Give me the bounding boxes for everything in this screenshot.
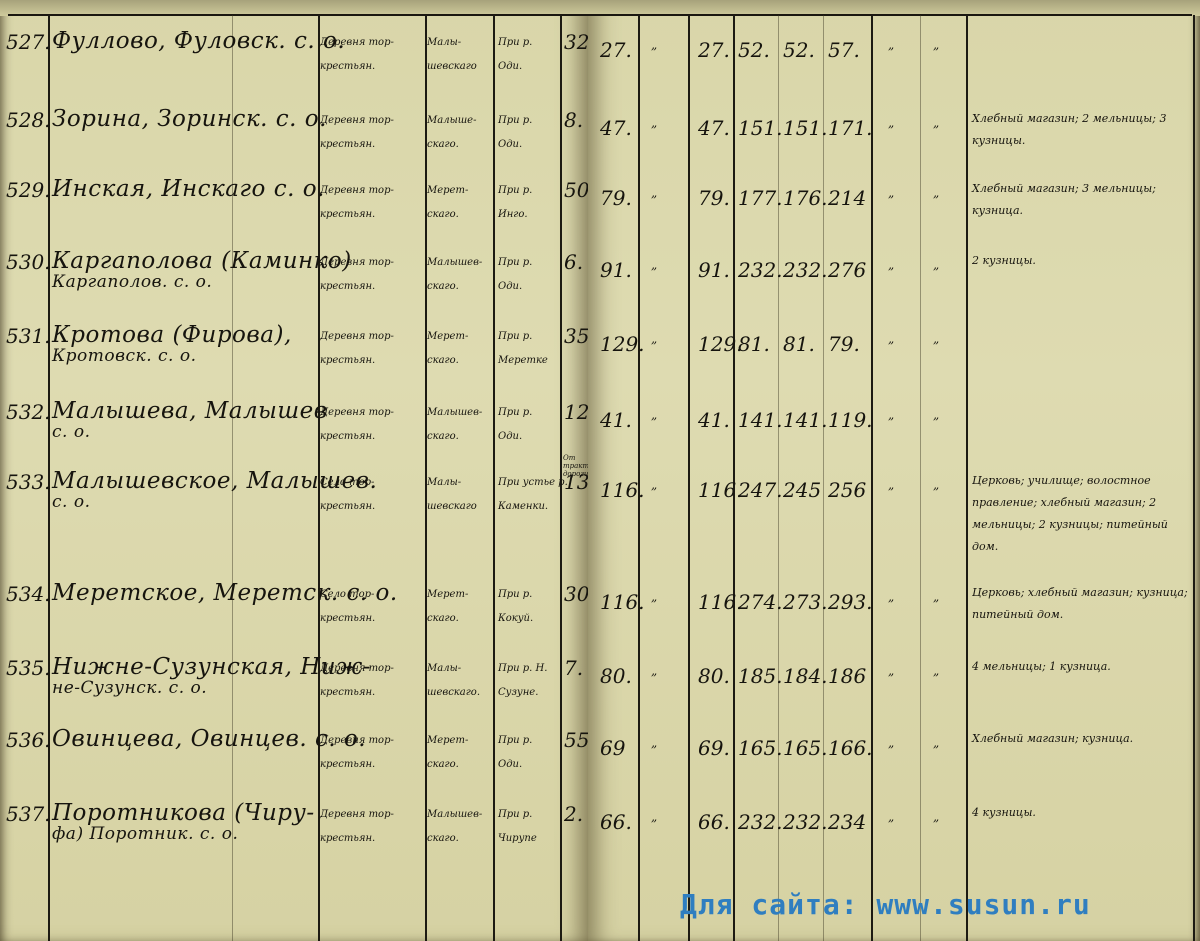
settlement-name: Каргаполова (Каминко) <box>52 248 352 274</box>
parish: Малышев- <box>427 804 482 826</box>
parish: Мерет- <box>427 730 468 752</box>
stat-cell: „ <box>651 38 657 52</box>
stat-cell: 141. <box>783 408 828 432</box>
stat-cell: „ <box>933 478 939 492</box>
stat-cell: 116. <box>698 590 743 614</box>
settlement-kind: крестьян. <box>320 276 375 298</box>
location: При устье р. <box>498 472 568 494</box>
parish: Малыше- <box>427 110 476 132</box>
settlement-kind: Село тор- <box>320 584 374 606</box>
location: Оди. <box>498 56 522 78</box>
stat-cell: „ <box>933 186 939 200</box>
settlement-kind: Деревня тор- <box>320 326 394 348</box>
parish: скаго. <box>427 350 459 372</box>
stat-cell: „ <box>888 186 894 200</box>
header-rule <box>588 14 1192 16</box>
stat-cell: „ <box>651 478 657 492</box>
stat-cell: 69 <box>600 736 625 760</box>
distance: 7. <box>564 656 583 680</box>
stat-cell: „ <box>651 810 657 824</box>
location: При р. <box>498 110 532 132</box>
stat-cell: 234 <box>828 810 866 834</box>
parish: скаго. <box>427 828 459 850</box>
parish: скаго. <box>427 204 459 226</box>
stat-cell: 232. <box>783 258 828 282</box>
stat-cell: 274. <box>738 590 783 614</box>
parish: скаго. <box>427 608 459 630</box>
stat-cell: „ <box>651 590 657 604</box>
stat-cell: 52. <box>783 38 815 62</box>
stat-cell: „ <box>888 38 894 52</box>
settlement-name: Малышева, Малышев <box>52 398 328 424</box>
stat-cell: „ <box>933 810 939 824</box>
settlement-kind: крестьян. <box>320 496 375 518</box>
settlement-kind: крестьян. <box>320 350 375 372</box>
row-number: 534. <box>6 582 51 606</box>
stat-cell: 27. <box>600 38 632 62</box>
remarks: Церковь; хлебный магазин; кузница; питей… <box>972 582 1194 626</box>
settlement-kind: Деревня тор- <box>320 32 394 54</box>
stat-cell: „ <box>933 38 939 52</box>
stat-cell: 81. <box>783 332 815 356</box>
stat-cell: „ <box>888 116 894 130</box>
stat-cell: 186 <box>828 664 866 688</box>
location: Каменки. <box>498 496 548 518</box>
settlement-kind: Деревня тор- <box>320 658 394 680</box>
stat-cell: „ <box>651 664 657 678</box>
remarks: Хлебный магазин; кузница. <box>972 728 1194 750</box>
parish: Малы- <box>427 658 461 680</box>
stat-cell: „ <box>888 258 894 272</box>
parish: скаго. <box>427 276 459 298</box>
stat-cell: 116. <box>600 590 645 614</box>
stat-cell: 165. <box>783 736 828 760</box>
stat-cell: 166. <box>828 736 873 760</box>
stat-cell: 129. <box>698 332 743 356</box>
stat-cell: „ <box>651 186 657 200</box>
stat-cell: 165. <box>738 736 783 760</box>
location: При р. <box>498 730 532 752</box>
stat-cell: „ <box>651 736 657 750</box>
settlement-kind: крестьян. <box>320 426 375 448</box>
parish: шевскаго <box>427 56 477 78</box>
stat-cell: „ <box>651 116 657 130</box>
stat-cell: 232. <box>738 258 783 282</box>
row-number: 530. <box>6 250 51 274</box>
settlement-kind: Деревня тор- <box>320 804 394 826</box>
stat-cell: 129. <box>600 332 645 356</box>
settlement-name: с. о. <box>52 422 90 442</box>
stat-cell: 57. <box>828 38 860 62</box>
stat-cell: 52. <box>738 38 770 62</box>
stat-cell: 91. <box>698 258 730 282</box>
distance: 6. <box>564 250 583 274</box>
stat-cell: 66. <box>600 810 632 834</box>
location: Кокуй. <box>498 608 533 630</box>
location: Оди. <box>498 134 522 156</box>
location: При р. <box>498 402 532 424</box>
stat-cell: 214 <box>828 186 866 210</box>
stat-cell: 41. <box>698 408 730 432</box>
settlement-name: Овинцева, Овинцев. с. о. <box>52 726 366 752</box>
stat-cell: „ <box>888 736 894 750</box>
location: Чирупе <box>498 828 537 850</box>
row-number: 531. <box>6 324 51 348</box>
stat-cell: 79. <box>828 332 860 356</box>
row-number: 529. <box>6 178 51 202</box>
settlement-kind: Деревня тор- <box>320 252 394 274</box>
column-rule <box>688 15 690 941</box>
location: При р. <box>498 326 532 348</box>
stat-cell: „ <box>933 332 939 346</box>
remarks: 4 мельницы; 1 кузница. <box>972 656 1194 678</box>
column-rule <box>493 15 495 941</box>
location: При р. <box>498 180 532 202</box>
parish: скаго. <box>427 426 459 448</box>
settlement-kind: крестьян. <box>320 608 375 630</box>
right-page: 27.„27.52.52.57.„„47.„47.151.151.171.„„Х… <box>588 0 1200 941</box>
stat-cell: „ <box>933 664 939 678</box>
column-rule <box>823 15 824 941</box>
stat-cell: „ <box>888 664 894 678</box>
settlement-kind: крестьян. <box>320 828 375 850</box>
left-page: 527.Фуллово, Фуловск. с. о.Деревня тор-к… <box>0 0 588 941</box>
stat-cell: 151. <box>738 116 783 140</box>
stat-cell: 119. <box>828 408 873 432</box>
stat-cell: 47. <box>600 116 632 140</box>
location: Оди. <box>498 276 522 298</box>
location: Меретке <box>498 350 548 372</box>
row-number: 536. <box>6 728 51 752</box>
location: Оди. <box>498 754 522 776</box>
header-rule <box>8 14 588 16</box>
parish: шевскаго <box>427 496 477 518</box>
stat-cell: „ <box>933 590 939 604</box>
row-number: 535. <box>6 656 51 680</box>
stat-cell: 79. <box>600 186 632 210</box>
stat-cell: „ <box>933 116 939 130</box>
stat-cell: „ <box>651 408 657 422</box>
stat-cell: „ <box>888 408 894 422</box>
settlement-kind: крестьян. <box>320 204 375 226</box>
stat-cell: „ <box>933 736 939 750</box>
location: Сузуне. <box>498 682 538 704</box>
stat-cell: 177. <box>738 186 783 210</box>
settlement-name: фа) Поротник. с. о. <box>52 824 238 844</box>
stat-cell: 116. <box>600 478 645 502</box>
stat-cell: 293. <box>828 590 873 614</box>
stat-cell: 276 <box>828 258 866 282</box>
stat-cell: 91. <box>600 258 632 282</box>
location: При р. <box>498 252 532 274</box>
stat-cell: 184. <box>783 664 828 688</box>
stat-cell: „ <box>933 258 939 272</box>
parish: Малышев- <box>427 252 482 274</box>
stat-cell: 81. <box>738 332 770 356</box>
stat-cell: 273. <box>783 590 828 614</box>
settlement-name: не-Сузунск. с. о. <box>52 678 207 698</box>
stat-cell: 185. <box>738 664 783 688</box>
settlement-name: Зорина, Зоринск. с. о. <box>52 106 327 132</box>
row-number: 528. <box>6 108 51 132</box>
stat-cell: 66. <box>698 810 730 834</box>
location: При р. <box>498 584 532 606</box>
location: Инго. <box>498 204 528 226</box>
stat-cell: 171. <box>828 116 873 140</box>
distance: 2. <box>564 802 583 826</box>
stat-cell: 27. <box>698 38 730 62</box>
column-rule <box>871 15 873 941</box>
remarks: 2 кузницы. <box>972 250 1194 272</box>
stat-cell: 245 <box>783 478 821 502</box>
parish: Мерет- <box>427 326 468 348</box>
stat-cell: 116. <box>698 478 743 502</box>
settlement-name: Кротовск. с. о. <box>52 346 196 366</box>
settlement-kind: крестьян. <box>320 682 375 704</box>
parish: шевскаго. <box>427 682 480 704</box>
remarks: Хлебный магазин; 2 мельницы; 3 кузницы. <box>972 108 1194 152</box>
parish: скаго. <box>427 754 459 776</box>
stat-cell: 79. <box>698 186 730 210</box>
location: Оди. <box>498 426 522 448</box>
stat-cell: 47. <box>698 116 730 140</box>
parish: Малы- <box>427 32 461 54</box>
settlement-name: Инская, Инскаго с. о. <box>52 176 325 202</box>
settlement-kind: крестьян. <box>320 754 375 776</box>
row-number: 533. <box>6 470 51 494</box>
remarks: 4 кузницы. <box>972 802 1194 824</box>
location: При р. <box>498 804 532 826</box>
stat-cell: 80. <box>698 664 730 688</box>
settlement-name: с. о. <box>52 492 90 512</box>
settlement-kind: Деревня тор- <box>320 180 394 202</box>
stat-cell: 256 <box>828 478 866 502</box>
stat-cell: 176. <box>783 186 828 210</box>
settlement-kind: Село тор- <box>320 472 374 494</box>
watermark: Для сайта: www.susun.ru <box>680 888 1091 921</box>
parish: Мерет- <box>427 584 468 606</box>
parish: Мерет- <box>427 180 468 202</box>
stat-cell: „ <box>888 478 894 492</box>
settlement-name: Фуллово, Фуловск. с. о. <box>52 28 345 54</box>
stat-cell: 232. <box>783 810 828 834</box>
stat-cell: „ <box>651 332 657 346</box>
stat-cell: „ <box>933 408 939 422</box>
remarks: Хлебный магазин; 3 мельницы; кузница. <box>972 178 1194 222</box>
row-number: 537. <box>6 802 51 826</box>
settlement-kind: Деревня тор- <box>320 402 394 424</box>
distance: 8. <box>564 108 583 132</box>
settlement-kind: Деревня тор- <box>320 110 394 132</box>
stat-cell: 41. <box>600 408 632 432</box>
column-rule <box>920 15 921 941</box>
stat-cell: 151. <box>783 116 828 140</box>
row-number: 532. <box>6 400 51 424</box>
stat-cell: „ <box>888 810 894 824</box>
settlement-kind: Деревня тор- <box>320 730 394 752</box>
stat-cell: „ <box>888 332 894 346</box>
settlement-kind: крестьян. <box>320 134 375 156</box>
stat-cell: „ <box>651 258 657 272</box>
stat-cell: 247. <box>738 478 783 502</box>
location: При р. <box>498 32 532 54</box>
parish: Малы- <box>427 472 461 494</box>
column-rule <box>966 15 968 941</box>
stat-cell: 232. <box>738 810 783 834</box>
stat-cell: 80. <box>600 664 632 688</box>
stat-cell: „ <box>888 590 894 604</box>
parish: скаго. <box>427 134 459 156</box>
settlement-name: Поротникова (Чиру- <box>52 800 315 826</box>
settlement-name: Каргаполов. с. о. <box>52 272 212 292</box>
parish: Малышев- <box>427 402 482 424</box>
settlement-kind: крестьян. <box>320 56 375 78</box>
stat-cell: 69. <box>698 736 730 760</box>
row-number: 527. <box>6 30 51 54</box>
settlement-name: Кротова (Фирова), <box>52 322 292 348</box>
stat-cell: 141. <box>738 408 783 432</box>
remarks: Церковь; училище; волостное правление; х… <box>972 470 1194 558</box>
location: При р. Н. <box>498 658 547 680</box>
